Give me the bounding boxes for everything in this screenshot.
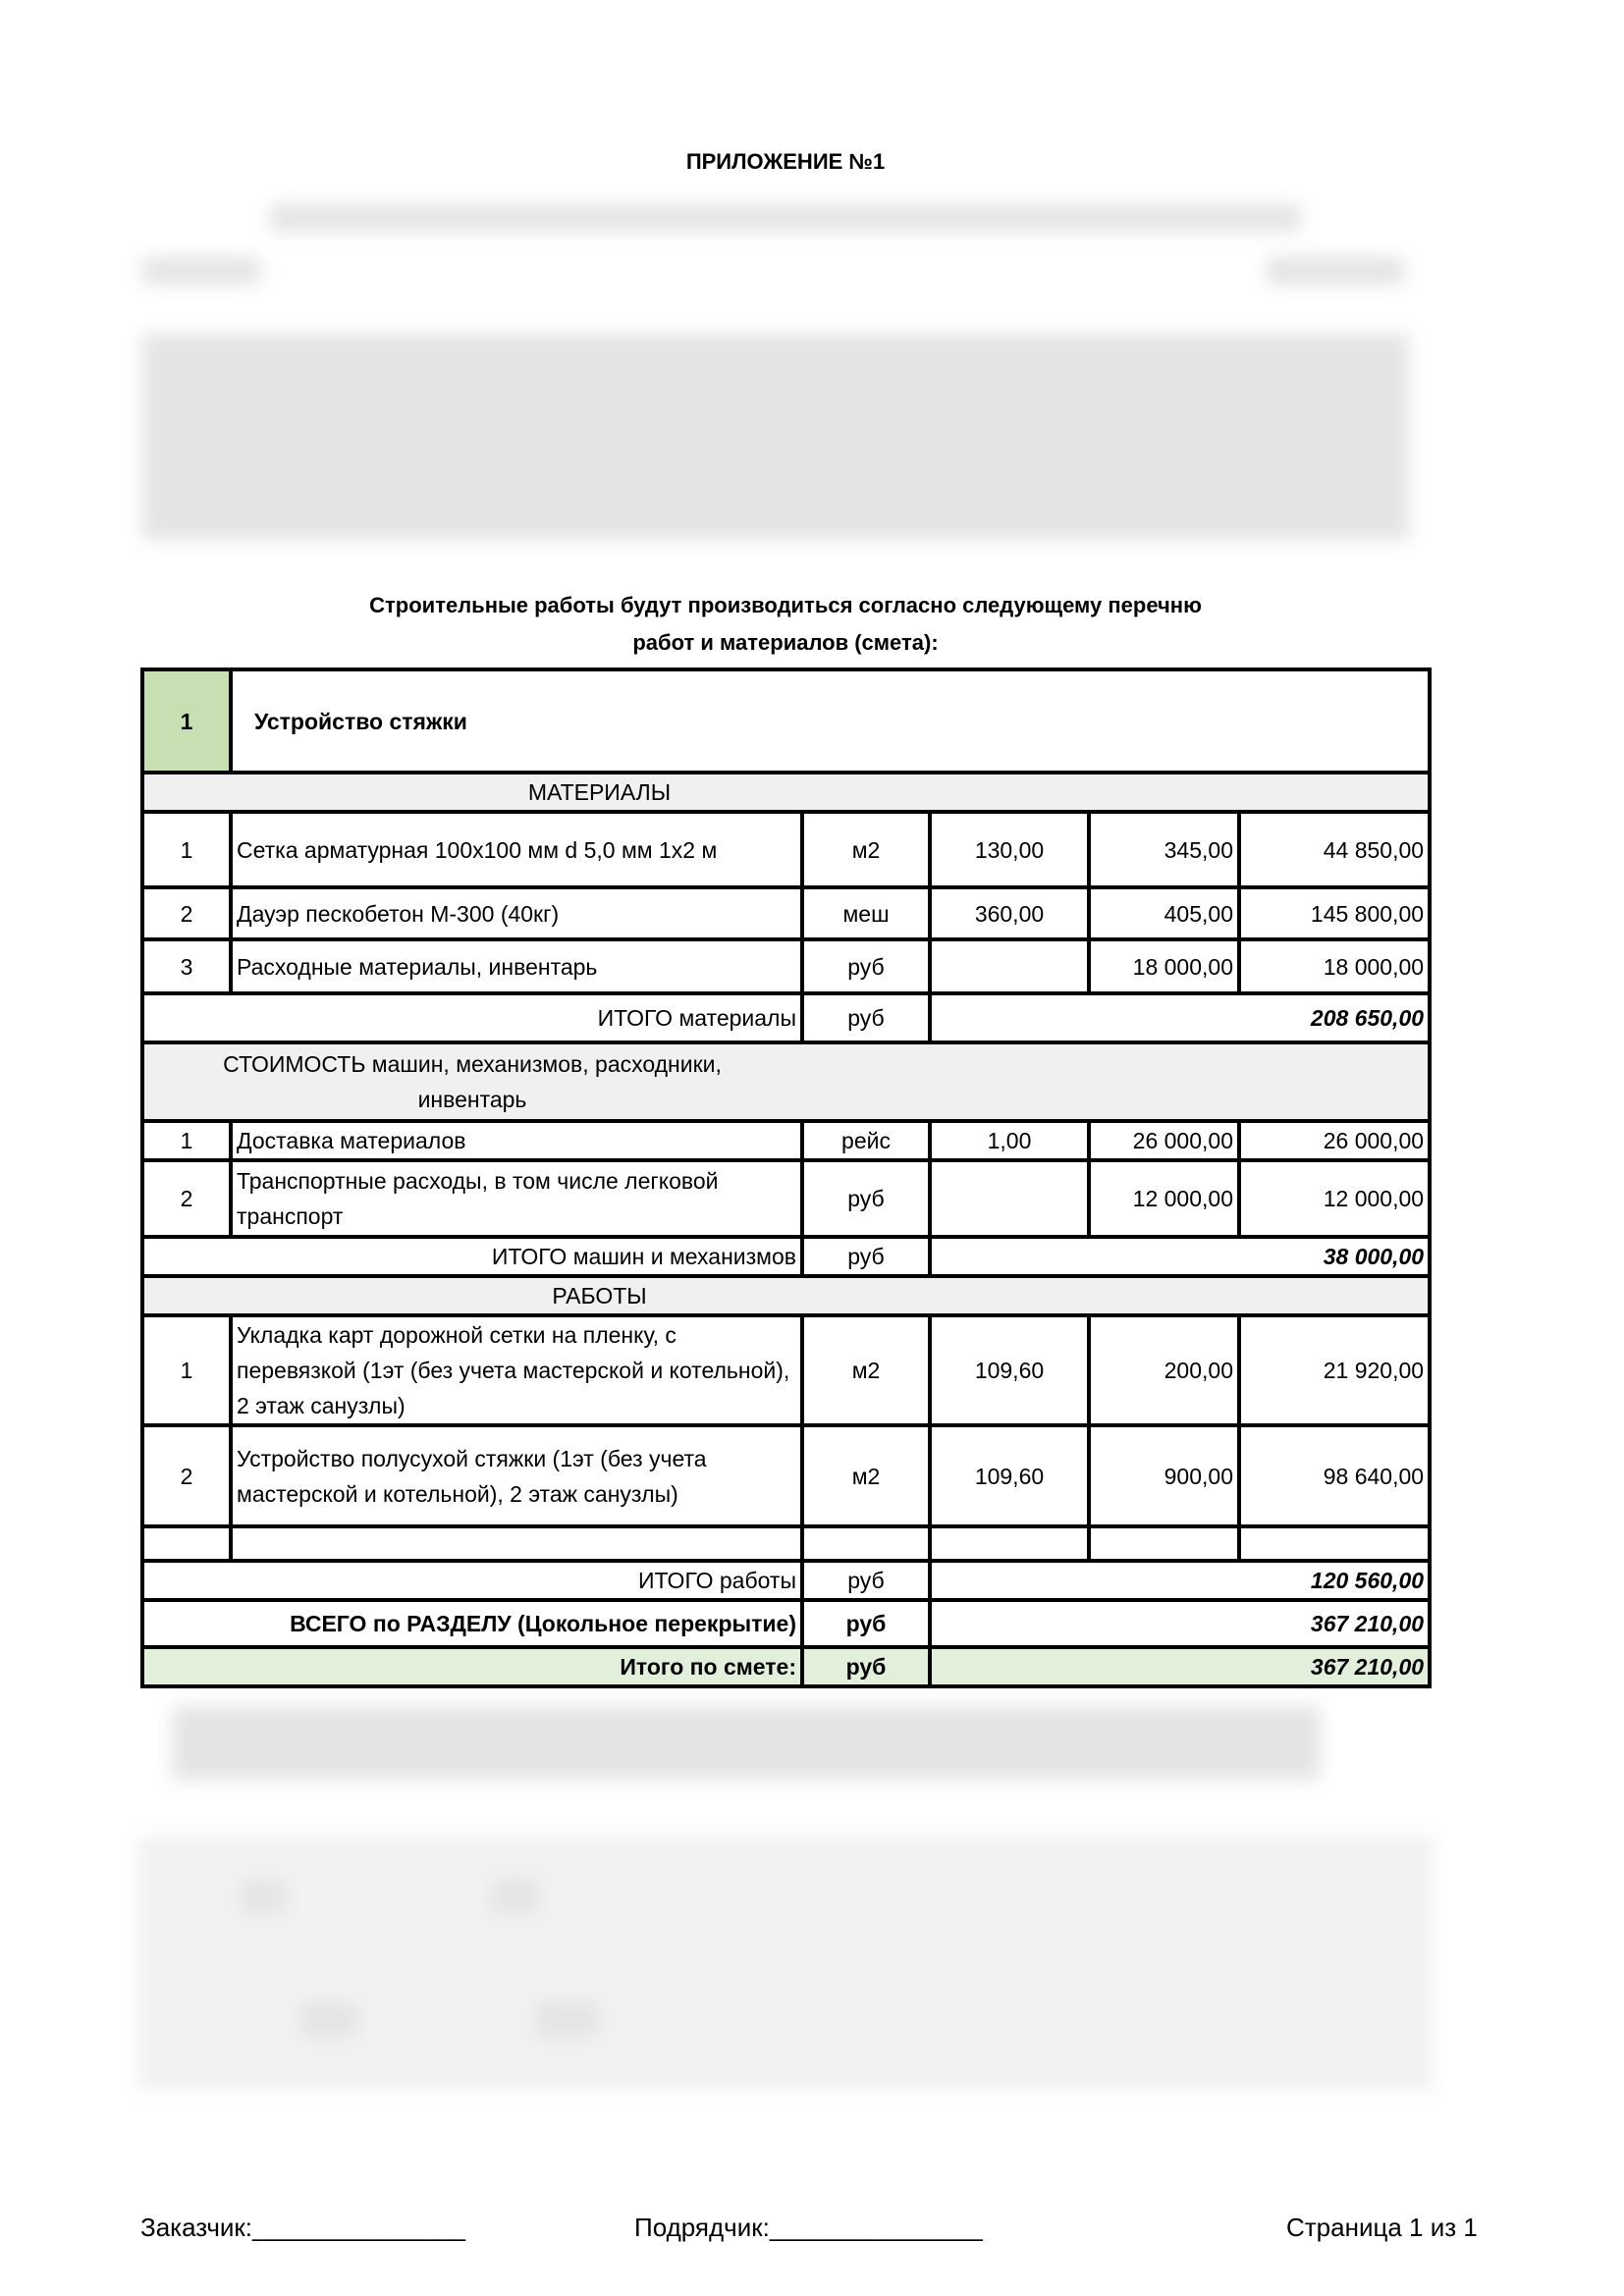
item-name: Устройство полусухой стяжки (1эт (без уч… xyxy=(231,1425,802,1526)
materials-total-row: ИТОГО материалы руб 208 650,00 xyxy=(142,993,1430,1042)
redacted-signature-label-left xyxy=(241,1880,285,1914)
item-price: 18 000,00 xyxy=(1089,939,1239,993)
row-number: 1 xyxy=(142,1121,231,1160)
redacted-note xyxy=(172,1706,1321,1780)
item-price: 12 000,00 xyxy=(1089,1160,1239,1237)
item-qty: 109,60 xyxy=(930,1315,1089,1425)
item-price: 900,00 xyxy=(1089,1425,1239,1526)
table-row: 2 Дауэр пескобетон М-300 (40кг) меш 360,… xyxy=(142,887,1430,939)
grand-total-value: 367 210,00 xyxy=(930,1647,1430,1686)
section-total-row: ВСЕГО по РАЗДЕЛУ (Цокольное перекрытие) … xyxy=(142,1600,1430,1647)
item-qty xyxy=(930,939,1089,993)
section-total-label: ВСЕГО по РАЗДЕЛУ (Цокольное перекрытие) xyxy=(142,1600,802,1647)
row-number: 2 xyxy=(142,887,231,939)
materials-header-row: МАТЕРИАЛЫ xyxy=(142,773,1430,812)
machines-total-unit: руб xyxy=(802,1237,930,1276)
item-sum: 18 000,00 xyxy=(1239,939,1430,993)
item-sum: 44 850,00 xyxy=(1239,812,1430,887)
redacted-paragraph xyxy=(142,334,1409,540)
section-total-value: 367 210,00 xyxy=(930,1600,1430,1647)
materials-total-unit: руб xyxy=(802,993,930,1042)
machines-total-row: ИТОГО машин и механизмов руб 38 000,00 xyxy=(142,1237,1430,1276)
item-price: 405,00 xyxy=(1089,887,1239,939)
grand-total-row: Итого по смете: руб 367 210,00 xyxy=(142,1647,1430,1686)
works-total-value: 120 560,00 xyxy=(930,1561,1430,1600)
table-row: 1 Доставка материалов рейс 1,00 26 000,0… xyxy=(142,1121,1430,1160)
redacted-subtitle xyxy=(270,204,1301,232)
machines-header-row: СТОИМОСТЬ машин, механизмов, расходники,… xyxy=(142,1042,1430,1121)
empty-row xyxy=(142,1526,1430,1561)
intro-line-1: Строительные работы будут производиться … xyxy=(295,587,1276,624)
item-price: 26 000,00 xyxy=(1089,1121,1239,1160)
item-sum: 98 640,00 xyxy=(1239,1425,1430,1526)
redacted-signature-name-left xyxy=(299,2002,358,2037)
item-price: 345,00 xyxy=(1089,812,1239,887)
section-title: Устройство стяжки xyxy=(231,669,1430,773)
item-name: Расходные материалы, инвентарь xyxy=(231,939,802,993)
materials-header: МАТЕРИАЛЫ xyxy=(142,773,1430,812)
grand-total-unit: руб xyxy=(802,1647,930,1686)
table-row: 1 Укладка карт дорожной сетки на пленку,… xyxy=(142,1315,1430,1425)
table-row: 2 Устройство полусухой стяжки (1эт (без … xyxy=(142,1425,1430,1526)
item-name: Дауэр пескобетон М-300 (40кг) xyxy=(231,887,802,939)
works-total-unit: руб xyxy=(802,1561,930,1600)
works-header: РАБОТЫ xyxy=(142,1276,1430,1315)
item-sum: 145 800,00 xyxy=(1239,887,1430,939)
item-unit: м2 xyxy=(802,1425,930,1526)
machines-total-value: 38 000,00 xyxy=(930,1237,1430,1276)
footer-contractor: Подрядчик:_______________ xyxy=(634,2213,983,2243)
item-qty: 1,00 xyxy=(930,1121,1089,1160)
item-qty xyxy=(930,1160,1089,1237)
section-total-unit: руб xyxy=(802,1600,930,1647)
materials-total-value: 208 650,00 xyxy=(930,993,1430,1042)
redacted-city xyxy=(142,257,260,285)
item-price: 200,00 xyxy=(1089,1315,1239,1425)
document-title: ПРИЛОЖЕНИЕ №1 xyxy=(0,149,1571,175)
footer-customer: Заказчик:_______________ xyxy=(140,2213,465,2243)
materials-total-label: ИТОГО материалы xyxy=(142,993,802,1042)
item-sum: 26 000,00 xyxy=(1239,1121,1430,1160)
row-number: 3 xyxy=(142,939,231,993)
works-total-row: ИТОГО работы руб 120 560,00 xyxy=(142,1561,1430,1600)
row-number: 2 xyxy=(142,1425,231,1526)
redacted-signature-name-right xyxy=(535,2002,599,2037)
item-name: Укладка карт дорожной сетки на пленку, с… xyxy=(231,1315,802,1425)
item-name: Транспортные расходы, в том числе легков… xyxy=(231,1160,802,1237)
section-header-row: 1 Устройство стяжки xyxy=(142,669,1430,773)
item-qty: 130,00 xyxy=(930,812,1089,887)
redacted-signature-label-right xyxy=(491,1880,540,1914)
grand-total-label: Итого по смете: xyxy=(142,1647,802,1686)
table-row: 1 Сетка арматурная 100х100 мм d 5,0 мм 1… xyxy=(142,812,1430,887)
item-qty: 109,60 xyxy=(930,1425,1089,1526)
machines-header: СТОИМОСТЬ машин, механизмов, расходники,… xyxy=(142,1042,1430,1121)
machines-total-label: ИТОГО машин и механизмов xyxy=(142,1237,802,1276)
redacted-signature-table xyxy=(137,1836,1434,2091)
item-name: Сетка арматурная 100х100 мм d 5,0 мм 1х2… xyxy=(231,812,802,887)
section-number: 1 xyxy=(142,669,231,773)
item-sum: 12 000,00 xyxy=(1239,1160,1430,1237)
item-unit: м2 xyxy=(802,1315,930,1425)
row-number: 1 xyxy=(142,1315,231,1425)
item-unit: руб xyxy=(802,1160,930,1237)
intro-text: Строительные работы будут производиться … xyxy=(295,587,1276,662)
row-number: 2 xyxy=(142,1160,231,1237)
item-unit: рейс xyxy=(802,1121,930,1160)
item-sum: 21 920,00 xyxy=(1239,1315,1430,1425)
item-unit: м2 xyxy=(802,812,930,887)
redacted-date xyxy=(1267,257,1404,285)
item-unit: меш xyxy=(802,887,930,939)
works-total-label: ИТОГО работы xyxy=(142,1561,802,1600)
row-number: 1 xyxy=(142,812,231,887)
table-row: 2 Транспортные расходы, в том числе легк… xyxy=(142,1160,1430,1237)
works-header-row: РАБОТЫ xyxy=(142,1276,1430,1315)
table-row: 3 Расходные материалы, инвентарь руб 18 … xyxy=(142,939,1430,993)
item-name: Доставка материалов xyxy=(231,1121,802,1160)
intro-line-2: работ и материалов (смета): xyxy=(295,624,1276,662)
estimate-table: 1 Устройство стяжки МАТЕРИАЛЫ 1 Сетка ар… xyxy=(140,667,1432,1688)
footer-page-number: Страница 1 из 1 xyxy=(1286,2213,1478,2243)
item-qty: 360,00 xyxy=(930,887,1089,939)
item-unit: руб xyxy=(802,939,930,993)
